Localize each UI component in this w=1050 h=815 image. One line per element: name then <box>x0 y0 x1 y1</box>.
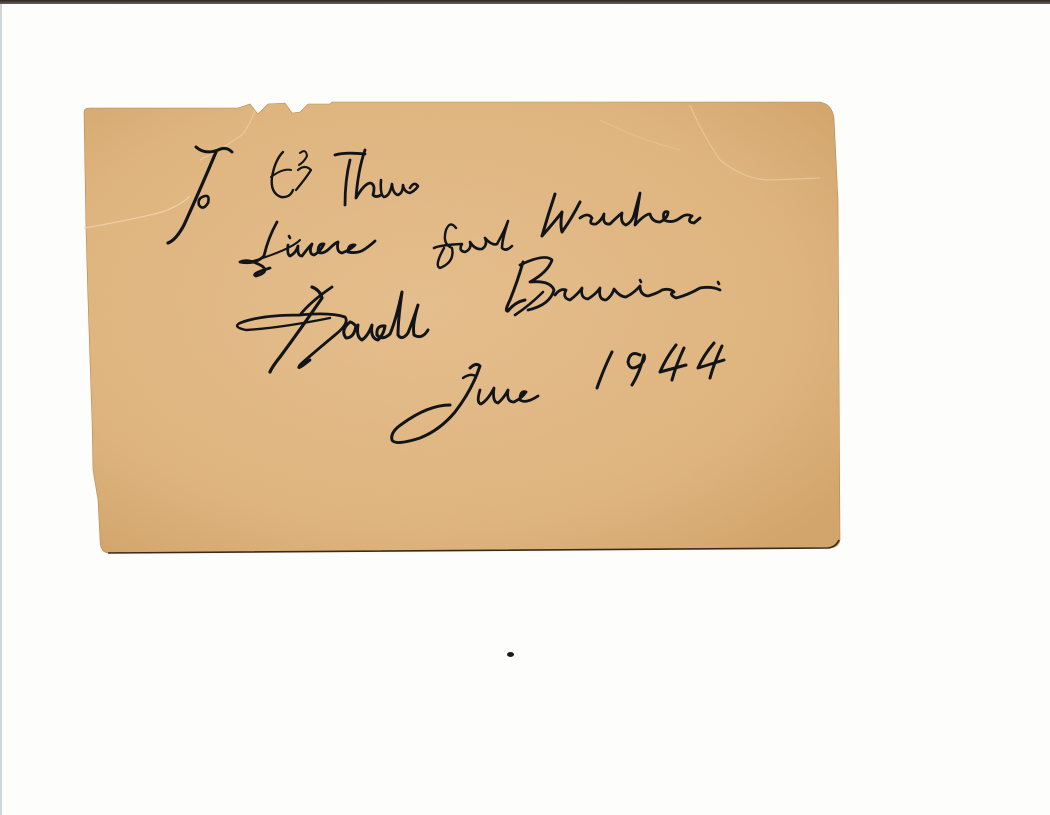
scanned-autograph-image: To Arthur Sincere Good Wishes Donald Bri… <box>0 0 1050 815</box>
autograph-card: To Arthur Sincere Good Wishes Donald Bri… <box>0 0 1050 815</box>
ink-speck <box>507 652 514 657</box>
